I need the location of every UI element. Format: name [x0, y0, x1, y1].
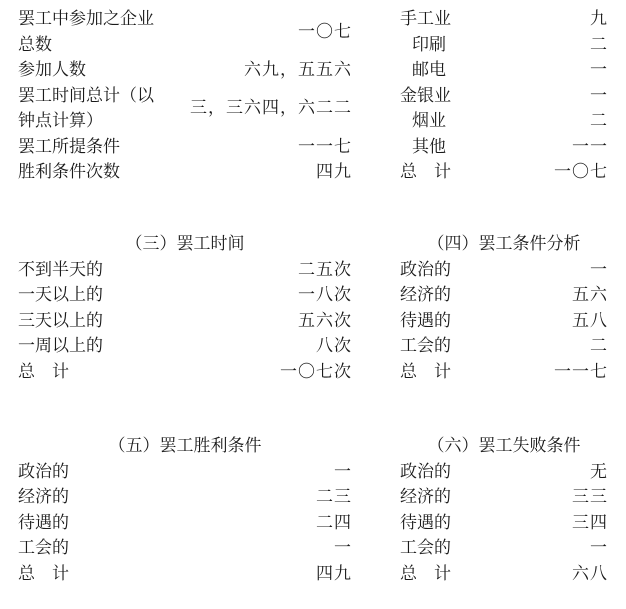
table-row-total: 总 计 一一七	[400, 360, 608, 386]
section-title: （三）罢工时间	[18, 232, 352, 258]
table-row: 金银业 一	[400, 84, 608, 110]
section-title: （五）罢工胜利条件	[18, 434, 352, 460]
table-row: 罢工所提条件 一一七	[18, 135, 352, 161]
row-label: 参加人数	[18, 58, 86, 84]
row-label: 其他	[400, 135, 446, 161]
table-row: 邮电 一	[400, 58, 608, 84]
row-value: 一〇七次	[280, 360, 352, 386]
row-value: 一八次	[298, 283, 352, 309]
row-value: 三四	[572, 511, 608, 537]
table-row-total: 总 计 六八	[400, 562, 608, 588]
strike-summary-table: 罢工中参加之企业总数 一〇七 参加人数 六九，五五六 罢工时间总计（以钟点计算）…	[18, 7, 352, 186]
table-row: 待遇的 二四	[18, 511, 352, 537]
row-label: 罢工所提条件	[18, 135, 120, 161]
row-value: 二五次	[298, 258, 352, 284]
table-row-total: 总 计 一〇七次	[18, 360, 352, 386]
table-row-total: 总 计 一〇七	[400, 160, 608, 186]
row-value: 二	[590, 33, 608, 59]
row-value: 三三	[572, 485, 608, 511]
row-label: 一天以上的	[18, 283, 103, 309]
row-label: 政治的	[400, 258, 451, 284]
strike-duration-table: （三）罢工时间 不到半天的 二五次 一天以上的 一八次 三天以上的 五六次 一周…	[18, 232, 352, 385]
table-row: 参加人数 六九，五五六	[18, 58, 352, 84]
row-value: 一〇七	[554, 160, 608, 186]
row-value: 四九	[316, 562, 352, 588]
row-label: 待遇的	[400, 511, 451, 537]
table-row: 待遇的 五八	[400, 309, 608, 335]
row-value: 一	[334, 536, 352, 562]
table-row: 罢工中参加之企业总数 一〇七	[18, 7, 352, 58]
row-label: 手工业	[400, 7, 451, 33]
row-label: 待遇的	[400, 309, 451, 335]
row-label: 待遇的	[18, 511, 69, 537]
section-title: （四）罢工条件分析	[400, 232, 608, 258]
row-label: 金银业	[400, 84, 451, 110]
table-row: 工会的 二	[400, 334, 608, 360]
table-row: 手工业 九	[400, 7, 608, 33]
table-row: 烟业 二	[400, 109, 608, 135]
row-label: 经济的	[400, 485, 451, 511]
row-label: 经济的	[400, 283, 451, 309]
table-row-total: 总 计 四九	[18, 562, 352, 588]
row-value: 六八	[572, 562, 608, 588]
strike-success-table: （五）罢工胜利条件 政治的 一 经济的 二三 待遇的 二四 工会的 一 总 计 …	[18, 434, 352, 587]
row-label: 政治的	[18, 460, 69, 486]
table-row: 三天以上的 五六次	[18, 309, 352, 335]
table-row: 政治的 一	[18, 460, 352, 486]
table-row: 经济的 三三	[400, 485, 608, 511]
strike-demands-table: （四）罢工条件分析 政治的 一 经济的 五六 待遇的 五八 工会的 二 总 计 …	[400, 232, 608, 385]
row-label: 总 计	[18, 360, 69, 386]
row-value: 五八	[572, 309, 608, 335]
table-row: 罢工时间总计（以钟点计算） 三，三六四，六二二	[18, 84, 352, 135]
row-value: 四九	[316, 160, 352, 186]
row-value: 一〇七	[298, 20, 352, 46]
row-label: 总 计	[400, 562, 451, 588]
row-label: 印刷	[400, 33, 446, 59]
table-row: 政治的 无	[400, 460, 608, 486]
row-value: 一一七	[298, 135, 352, 161]
row-label: 政治的	[400, 460, 451, 486]
row-label: 总 计	[18, 562, 69, 588]
table-row: 待遇的 三四	[400, 511, 608, 537]
table-row: 政治的 一	[400, 258, 608, 284]
table-row: 工会的 一	[18, 536, 352, 562]
row-label: 罢工时间总计（以钟点计算）	[18, 84, 168, 135]
table-row: 胜利条件次数 四九	[18, 160, 352, 186]
table-row: 工会的 一	[400, 536, 608, 562]
row-value: 五六次	[298, 309, 352, 335]
row-value: 五六	[572, 283, 608, 309]
row-label: 不到半天的	[18, 258, 103, 284]
row-value: 二四	[316, 511, 352, 537]
table-row: 其他 一一	[400, 135, 608, 161]
table-row: 印刷 二	[400, 33, 608, 59]
row-value: 三，三六四，六二二	[190, 96, 352, 122]
row-value: 一	[590, 84, 608, 110]
row-label: 总 计	[400, 360, 451, 386]
row-value: 八次	[316, 334, 352, 360]
row-value: 一	[590, 258, 608, 284]
row-value: 二三	[316, 485, 352, 511]
row-label: 一周以上的	[18, 334, 103, 360]
row-value: 无	[590, 460, 608, 486]
table-row: 经济的 二三	[18, 485, 352, 511]
industry-table: 手工业 九 印刷 二 邮电 一 金银业 一 烟业 二 其他 一一 总 计 一〇七	[400, 7, 608, 186]
row-label: 工会的	[400, 536, 451, 562]
table-row: 一天以上的 一八次	[18, 283, 352, 309]
section-title: （六）罢工失败条件	[400, 434, 608, 460]
row-label: 经济的	[18, 485, 69, 511]
row-value: 一	[590, 536, 608, 562]
row-value: 二	[590, 334, 608, 360]
row-label: 罢工中参加之企业总数	[18, 7, 168, 58]
row-label: 工会的	[400, 334, 451, 360]
row-label: 胜利条件次数	[18, 160, 120, 186]
table-row: 经济的 五六	[400, 283, 608, 309]
row-value: 六九，五五六	[244, 58, 352, 84]
row-label: 工会的	[18, 536, 69, 562]
row-label: 邮电	[400, 58, 446, 84]
table-row: 一周以上的 八次	[18, 334, 352, 360]
row-label: 总 计	[400, 160, 451, 186]
strike-failure-table: （六）罢工失败条件 政治的 无 经济的 三三 待遇的 三四 工会的 一 总 计 …	[400, 434, 608, 587]
row-value: 一	[334, 460, 352, 486]
row-value: 一	[590, 58, 608, 84]
row-value: 九	[590, 7, 608, 33]
row-value: 一一	[572, 135, 608, 161]
row-label: 三天以上的	[18, 309, 103, 335]
row-value: 二	[590, 109, 608, 135]
row-value: 一一七	[554, 360, 608, 386]
row-label: 烟业	[400, 109, 446, 135]
table-row: 不到半天的 二五次	[18, 258, 352, 284]
